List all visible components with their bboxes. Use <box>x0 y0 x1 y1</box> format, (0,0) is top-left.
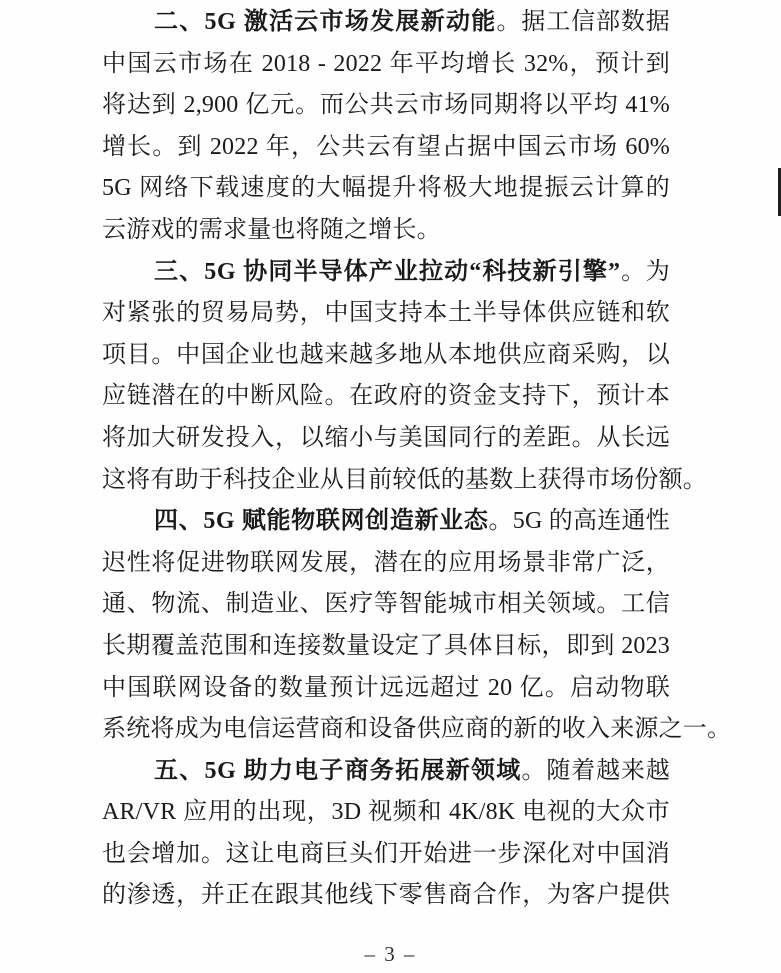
document-body: 二、5G 激活云市场发展新动能。据工信部数据显示， 中国云市场在 2018 - … <box>102 2 670 917</box>
paragraph-2-line: 应链潜在的中断风险。在政府的资金支持下，预计本土企业 <box>102 376 670 418</box>
paragraph-2-line: 这将有助于科技企业从目前较低的基数上获得市场份额。 <box>102 460 670 502</box>
paragraph-3-heading: 四、5G 赋能物联网创造新业态 <box>154 508 488 534</box>
paragraph-2-line: 项目。中国企业也越来越多地从本地供应商采购，以降低供 <box>102 335 670 377</box>
paragraph-2-heading: 三、5G 协同半导体产业拉动“科技新引擎” <box>154 259 621 285</box>
paragraph-3-line: 中国联网设备的数量预计远远超过 20 亿。启动物联网生态 <box>102 668 670 710</box>
paragraph-2-line: 将加大研发投入，以缩小与美国同行的差距。从长远来看， <box>102 418 670 460</box>
paragraph-1-line: 二、5G 激活云市场发展新动能。据工信部数据显示， <box>102 2 670 44</box>
document-page: 二、5G 激活云市场发展新动能。据工信部数据显示， 中国云市场在 2018 - … <box>0 0 781 973</box>
paragraph-4-line: 五、5G 助力电子商务拓展新领域。随着越来越多的 <box>102 751 670 793</box>
paragraph-1-heading: 二、5G 激活云市场发展新动能 <box>154 9 497 35</box>
paragraph-4-line: 的渗透，并正在跟其他线下零售商合作，为客户提供更全面 <box>102 875 670 917</box>
paragraph-3-line: 四、5G 赋能物联网创造新业态。5G 的高连通性和低延 <box>102 501 670 543</box>
paragraph-1-line: 将达到 2,900 亿元。而公共云市场同期将以平均 41%的速度 <box>102 85 670 127</box>
paragraph-4-line: 也会增加。这让电商巨头们开始进一步深化对中国消费市场 <box>102 834 670 876</box>
page-number: – 3 – <box>0 942 781 967</box>
paragraph-3-line: 通、物流、制造业、医疗等智能城市相关领域。工信部为中 <box>102 584 670 626</box>
paragraph-3-line: 迟性将促进物联网发展，潜在的应用场景非常广泛，包括交 <box>102 543 670 585</box>
paragraph-1-line: 5G 网络下载速度的大幅提升将极大地提振云计算的需求， <box>102 168 670 210</box>
paragraph-1-line: 中国云市场在 2018 - 2022 年平均增长 32%，预计到 2022 年 <box>102 44 670 86</box>
paragraph-2-line: 对紧张的贸易局势，中国支持本土半导体供应链和软件公司 <box>102 293 670 335</box>
paragraph-3-line: 系统将成为电信运营商和设备供应商的新的收入来源之一。 <box>102 709 670 751</box>
paragraph-3-line: 长期覆盖范围和连接数量设定了具体目标，即到 2023 年， <box>102 626 670 668</box>
paragraph-1-line: 云游戏的需求量也将随之增长。 <box>102 210 670 252</box>
paragraph-4-line: AR/VR 应用的出现，3D 视频和 4K/8K 电视的大众市场应用 <box>102 792 670 834</box>
paragraph-2-line: 三、5G 协同半导体产业拉动“科技新引擎”。为了应 <box>102 252 670 294</box>
paragraph-1-line: 增长。到 2022 年，公共云有望占据中国云市场 60%的份额。 <box>102 127 670 169</box>
paragraph-4-heading: 五、5G 助力电子商务拓展新领域 <box>154 758 522 784</box>
